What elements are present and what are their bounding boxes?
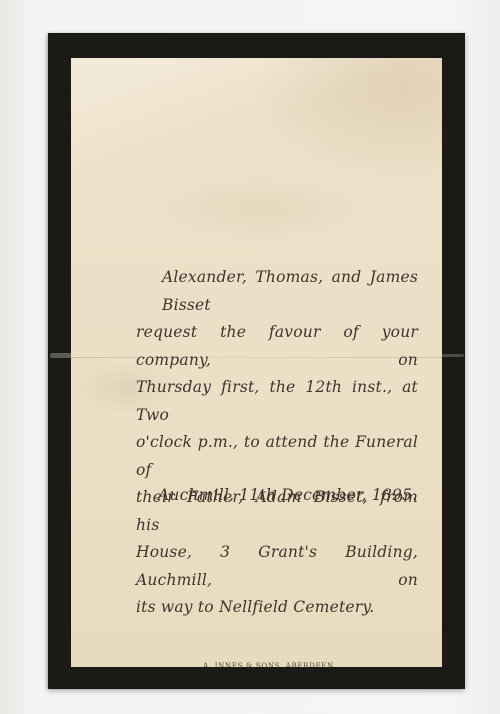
fold-crease-scuff-right [440, 354, 464, 357]
invitation-text-block: Alexander, Thomas, and James Bisset requ… [136, 264, 418, 622]
invitation-line: Alexander, Thomas, and James Bisset [136, 264, 418, 319]
dateline: Auchmill, 11th December, 1895. [158, 486, 417, 504]
paper-sheen [71, 58, 442, 208]
scanned-page-background: Alexander, Thomas, and James Bisset requ… [0, 0, 500, 714]
mourning-card-black-border: Alexander, Thomas, and James Bisset requ… [48, 33, 465, 689]
invitation-line: request the favour of your company, on [136, 319, 418, 374]
card-paper: Alexander, Thomas, and James Bisset requ… [71, 58, 442, 667]
printer-imprint: A. INNES & SONS, ABERDEEN [83, 662, 442, 667]
invitation-line: o'clock p.m., to attend the Funeral of [136, 429, 418, 484]
invitation-line: House, 3 Grant's Building, Auchmill, on [136, 539, 418, 594]
invitation-line: Thursday first, the 12th inst., at Two [136, 374, 418, 429]
invitation-line: its way to Nellfield Cemetery. [136, 594, 418, 622]
